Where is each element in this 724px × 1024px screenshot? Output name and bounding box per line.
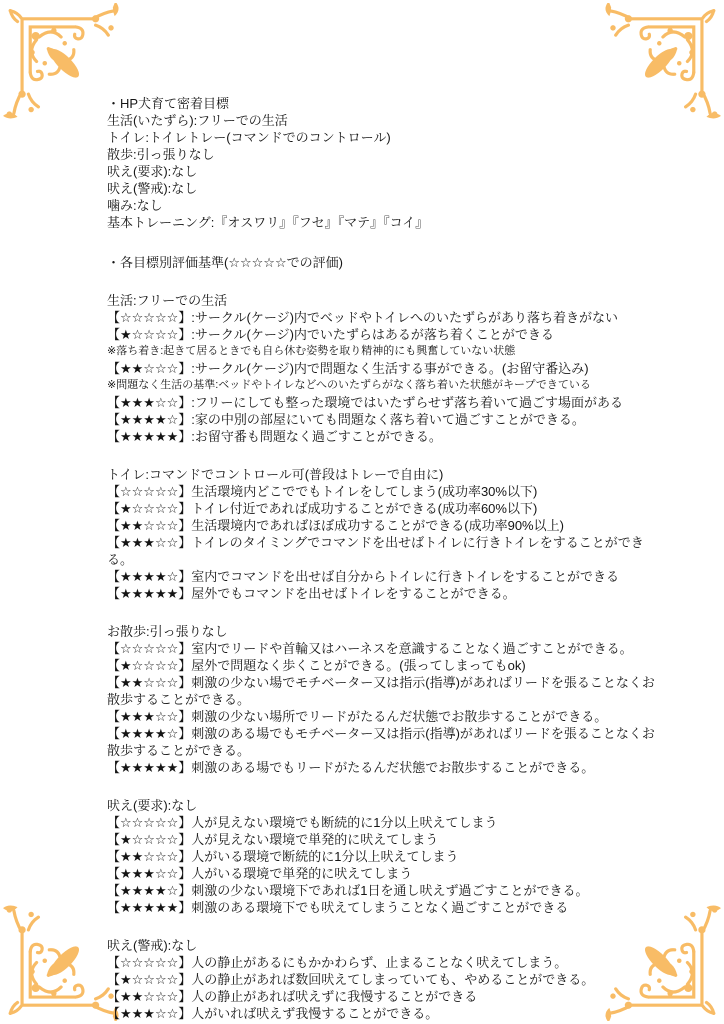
- document-page: ・HP犬育て密着目標 生活(いたずら):フリーでの生活トイレ:トイレトレー(コマ…: [0, 0, 724, 1024]
- criteria-title: ・各目標別評価基準(☆☆☆☆☆での評価): [107, 254, 667, 271]
- criteria-line: 【☆☆☆☆☆】:サークル(ケージ)内でベッドやトイレへのいたずらがあり落ち着きが…: [107, 309, 667, 326]
- criteria-line: 【★★★☆☆】:フリーにしても整った環境ではいたずらせず落ち着いて過ごす場面があ…: [107, 394, 667, 411]
- criteria-line: 【★★★★☆】刺激のある場でもモチベーター又は指示(指導)があればリードを張るこ…: [107, 725, 667, 759]
- goal-line: 散歩:引っ張りなし: [107, 146, 667, 163]
- goal-line: トイレ:トイレトレー(コマンドでのコントロール): [107, 129, 667, 146]
- criteria-note: ※問題なく生活の基準:ベッドやトイレなどへのいたずらがなく落ち着いた状態がキープ…: [107, 377, 667, 394]
- criteria-line: 【☆☆☆☆☆】室内でリードや首輪又はハーネスを意識することなく過ごすことができる…: [107, 640, 667, 657]
- goal-line: 吠え(警戒):なし: [107, 180, 667, 197]
- criteria-line: 【★★★☆☆】トイレのタイミングでコマンドを出せばトイレに行きトイレをすることが…: [107, 534, 667, 568]
- page-title: ・HP犬育て密着目標: [107, 95, 667, 112]
- section-heading: 吠え(警戒):なし: [107, 937, 667, 954]
- corner-flourish-icon: [3, 895, 121, 1021]
- section-heading: 生活:フリーでの生活: [107, 292, 667, 309]
- criteria-line: 【☆☆☆☆☆】人の静止があるにもかかわらず、止まることなく吠えてしまう。: [107, 954, 667, 971]
- criteria-line: 【★☆☆☆☆】人の静止があれば数回吠えてしまっていても、やめることができる。: [107, 971, 667, 988]
- goal-line: 基本トレーニング:『オスワリ』『フセ』『マテ』『コイ』: [107, 214, 667, 231]
- criteria-line: 【★★★☆☆】刺激の少ない場所でリードがたるんだ状態でお散歩することができる。: [107, 708, 667, 725]
- criteria-line: 【★★☆☆☆】人の静止があれば吠えずに我慢することができる: [107, 988, 667, 1005]
- criteria-section: 吠え(要求):なし【☆☆☆☆☆】人が見えない環境でも断続的に1分以上吠えてしまう…: [107, 797, 667, 916]
- criteria-line: 【★★★★☆】室内でコマンドを出せば自分からトイレに行きトイレをすることができる: [107, 568, 667, 585]
- criteria-line: 【★★☆☆☆】刺激の少ない場でモチベーター又は指示(指導)があればリードを張るこ…: [107, 674, 667, 708]
- criteria-line: 【★★★★☆】:家の中別の部屋にいても問題なく落ち着いて過ごすことができる。: [107, 411, 667, 428]
- goal-line: 吠え(要求):なし: [107, 163, 667, 180]
- goal-line: 生活(いたずら):フリーでの生活: [107, 112, 667, 129]
- criteria-line: 【★☆☆☆☆】トイレ付近であれば成功することができる(成功率60%以下): [107, 500, 667, 517]
- criteria-line: 【★☆☆☆☆】:サークル(ケージ)内でいたずらはあるが落ち着くことができる: [107, 326, 667, 343]
- criteria-line: 【★★★☆☆】人がいれば吠えず我慢することができる。: [107, 1005, 667, 1022]
- criteria-line: 【★★★★★】刺激のある環境下でも吠えてしまうことなく過ごすことができる: [107, 899, 667, 916]
- criteria-line: 【★★★☆☆】人がいる環境で単発的に吠えてしまう: [107, 865, 667, 882]
- criteria-section: 吠え(警戒):なし【☆☆☆☆☆】人の静止があるにもかかわらず、止まることなく吠え…: [107, 937, 667, 1022]
- criteria-line: 【★★★★★】:お留守番も問題なく過ごすことができる。: [107, 428, 667, 445]
- criteria-note: ※落ち着き:起きて居るときでも自ら休む姿勢を取り精神的にも興奮していない状態: [107, 343, 667, 360]
- criteria-section: トイレ:コマンドでコントロール可(普段はトレーで自由に)【☆☆☆☆☆】生活環境内…: [107, 466, 667, 602]
- criteria-line: 【★★★★☆】刺激の少ない環境下であれば1日を通し吠えず過ごすことができる。: [107, 882, 667, 899]
- section-heading: 吠え(要求):なし: [107, 797, 667, 814]
- criteria-line: 【★★★★★】刺激のある場でもリードがたるんだ状態でお散歩することができる。: [107, 759, 667, 776]
- section-heading: お散歩:引っ張りなし: [107, 623, 667, 640]
- corner-flourish-icon: [3, 3, 121, 129]
- criteria-line: 【★☆☆☆☆】人が見えない環境で単発的に吠えてしまう: [107, 831, 667, 848]
- criteria-line: 【☆☆☆☆☆】人が見えない環境でも断続的に1分以上吠えてしまう: [107, 814, 667, 831]
- sections: 生活:フリーでの生活【☆☆☆☆☆】:サークル(ケージ)内でベッドやトイレへのいた…: [107, 292, 667, 1022]
- criteria-line: 【★★☆☆☆】:サークル(ケージ)内で問題なく生活する事ができる。(お留守番込み…: [107, 360, 667, 377]
- criteria-section: 生活:フリーでの生活【☆☆☆☆☆】:サークル(ケージ)内でベッドやトイレへのいた…: [107, 292, 667, 445]
- criteria-section: お散歩:引っ張りなし【☆☆☆☆☆】室内でリードや首輪又はハーネスを意識することな…: [107, 623, 667, 776]
- section-heading: トイレ:コマンドでコントロール可(普段はトレーで自由に): [107, 466, 667, 483]
- criteria-line: 【★★☆☆☆】生活環境内であればほぼ成功することができる(成功率90%以上): [107, 517, 667, 534]
- criteria-line: 【★☆☆☆☆】屋外で問題なく歩くことができる。(張ってしまってもok): [107, 657, 667, 674]
- criteria-line: 【★★☆☆☆】人がいる環境で断続的に1分以上吠えてしまう: [107, 848, 667, 865]
- criteria-line: 【☆☆☆☆☆】生活環境内どこででもトイレをしてしまう(成功率30%以下): [107, 483, 667, 500]
- criteria-line: 【★★★★★】屋外でもコマンドを出せばトイレをすることができる。: [107, 585, 667, 602]
- goal-lines: 生活(いたずら):フリーでの生活トイレ:トイレトレー(コマンドでのコントロール)…: [107, 112, 667, 231]
- document-content: ・HP犬育て密着目標 生活(いたずら):フリーでの生活トイレ:トイレトレー(コマ…: [107, 95, 667, 1022]
- goal-line: 噛み:なし: [107, 197, 667, 214]
